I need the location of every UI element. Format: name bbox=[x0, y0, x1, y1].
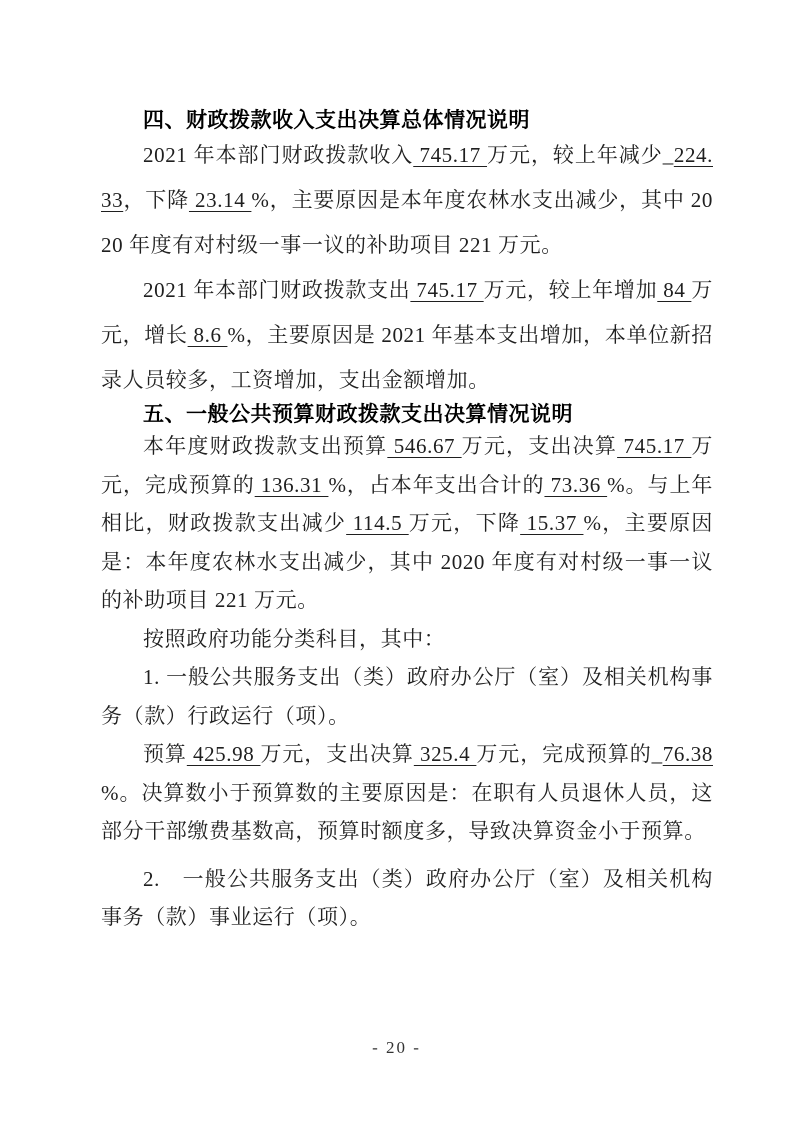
underlined-value: 23.14 bbox=[189, 188, 251, 212]
document-content: 四、财政拨款收入支出决算总体情况说明 2021 年本部门财政拨款收入 745.1… bbox=[101, 0, 713, 937]
text-run: 万元，较上年减少_ bbox=[487, 143, 674, 167]
underlined-value: 84 bbox=[657, 278, 691, 302]
paragraph-expenditure-summary: 2021 年本部门财政拨款支出 745.17 万元，较上年增加 84 万元，增长… bbox=[101, 268, 713, 403]
text-run: 万元，下降 bbox=[409, 511, 520, 535]
underlined-value: 73.36 bbox=[544, 473, 607, 497]
text-run: %。决算数小于预算数的主要原因是：在职有人员退休人员，这部分干部缴费基数高，预算… bbox=[101, 781, 713, 844]
section-heading-5: 五、一般公共预算财政拨款支出决算情况说明 bbox=[101, 403, 713, 427]
underlined-value: 15.37 bbox=[520, 511, 583, 535]
underlined-value: 745.17 bbox=[617, 434, 691, 458]
underlined-value: 425.98 bbox=[187, 742, 261, 766]
text-run: 预算 bbox=[143, 742, 187, 766]
underlined-value: 76.38 bbox=[663, 742, 713, 766]
underlined-value: 745.17 bbox=[410, 278, 483, 302]
text-run: 2021 年本部门财政拨款收入 bbox=[143, 143, 413, 167]
text-run: 万元，支出决算 bbox=[462, 434, 617, 458]
underlined-value: 745.17 bbox=[413, 143, 487, 167]
paragraph-functional-classification-intro: 按照政府功能分类科目，其中： bbox=[101, 620, 713, 659]
text-run: 2021 年本部门财政拨款支出 bbox=[143, 278, 410, 302]
text-run: 按照政府功能分类科目，其中： bbox=[143, 627, 445, 651]
underlined-value: 546.67 bbox=[387, 434, 461, 458]
section-heading-4: 四、财政拨款收入支出决算总体情况说明 bbox=[101, 109, 713, 133]
paragraph-budget-vs-final: 本年度财政拨款支出预算 546.67 万元，支出决算 745.17 万元，完成预… bbox=[101, 427, 713, 620]
text-run: 万元，支出决算 bbox=[260, 742, 413, 766]
paragraph-item-1-title: 1. 一般公共服务支出（类）政府办公厅（室）及相关机构事务（款）行政运行（项）。 bbox=[101, 658, 713, 735]
text-run: 1. 一般公共服务支出（类）政府办公厅（室）及相关机构事务（款）行政运行（项）。 bbox=[101, 665, 713, 728]
text-run: 2. 一般公共服务支出（类）政府办公厅（室）及相关机构事务（款）事业运行（项）。 bbox=[101, 867, 713, 930]
text-run: ，下降 bbox=[123, 188, 189, 212]
underlined-value: 136.31 bbox=[255, 473, 329, 497]
text-run: 本年度财政拨款支出预算 bbox=[143, 434, 387, 458]
text-run: 万元，完成预算的_ bbox=[476, 742, 662, 766]
text-run: %，占本年支出合计的 bbox=[328, 473, 544, 497]
page-number: - 20 - bbox=[0, 1038, 793, 1058]
text-run: 万元，较上年增加 bbox=[484, 278, 658, 302]
paragraph-item-1-detail: 预算 425.98 万元，支出决算 325.4 万元，完成预算的_76.38 %… bbox=[101, 735, 713, 851]
section-fiscal-appropriation-overview: 四、财政拨款收入支出决算总体情况说明 2021 年本部门财政拨款收入 745.1… bbox=[101, 109, 713, 403]
section-general-public-budget-expenditure: 五、一般公共预算财政拨款支出决算情况说明 本年度财政拨款支出预算 546.67 … bbox=[101, 403, 713, 937]
underlined-value: 325.4 bbox=[414, 742, 477, 766]
document-page: 四、财政拨款收入支出决算总体情况说明 2021 年本部门财政拨款收入 745.1… bbox=[0, 0, 793, 1122]
underlined-value: 8.6 bbox=[188, 323, 228, 347]
underlined-value: 114.5 bbox=[346, 511, 409, 535]
paragraph-income-summary: 2021 年本部门财政拨款收入 745.17 万元，较上年减少_224.33，下… bbox=[101, 133, 713, 268]
paragraph-item-2-title: 2. 一般公共服务支出（类）政府办公厅（室）及相关机构事务（款）事业运行（项）。 bbox=[101, 860, 713, 937]
